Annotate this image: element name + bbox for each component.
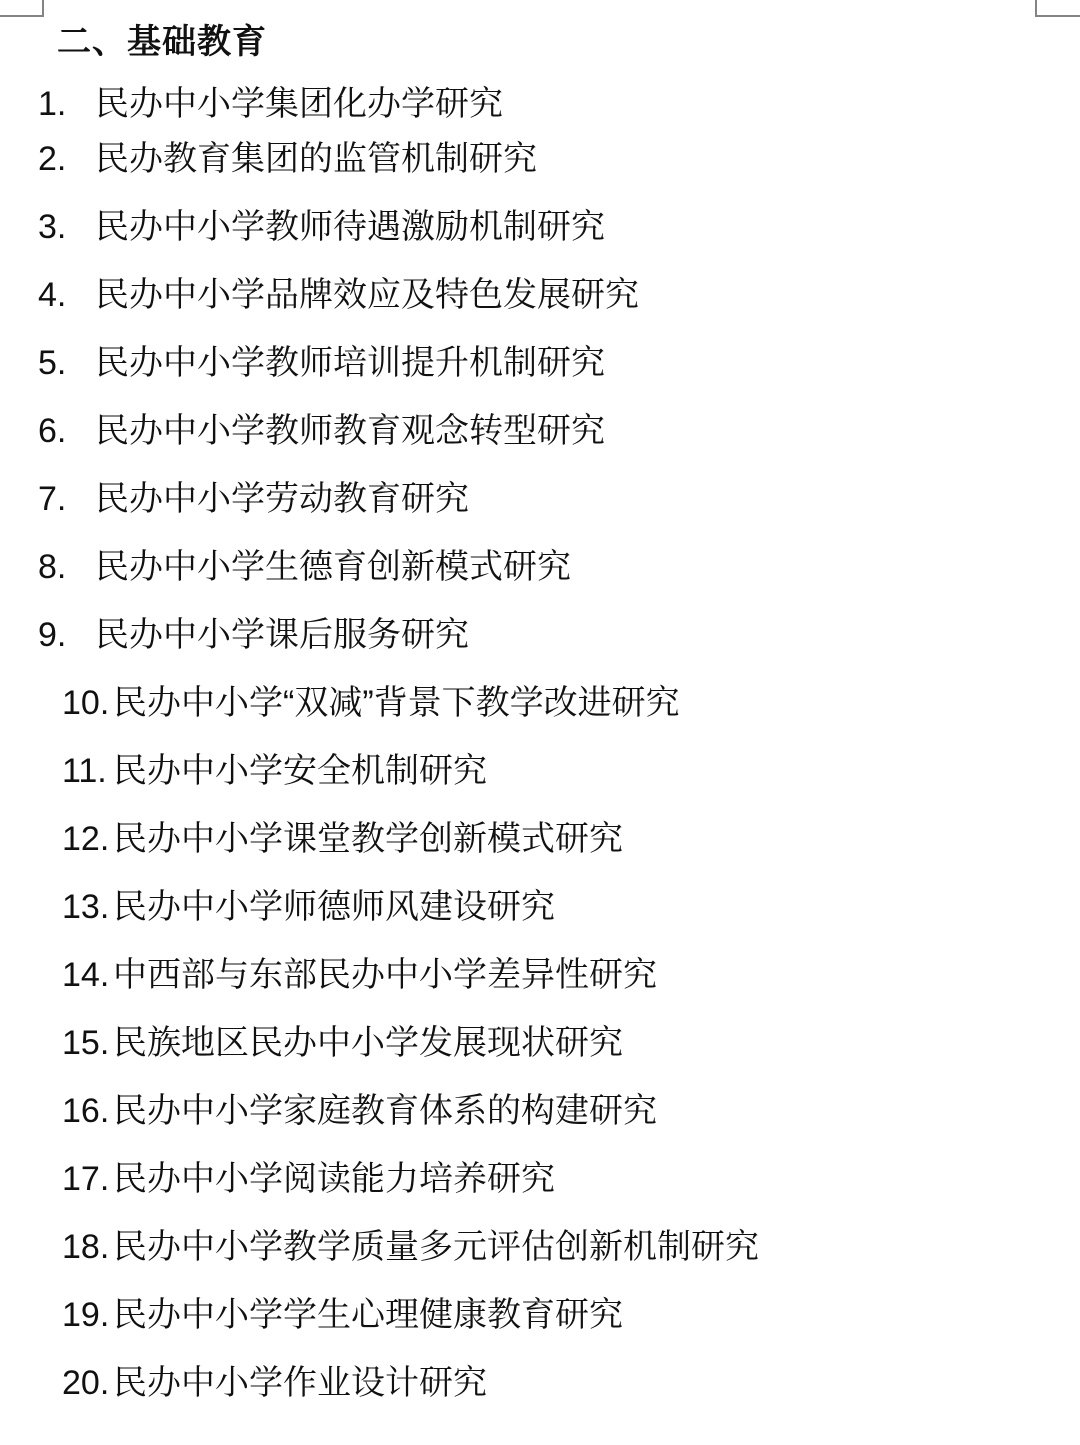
list-item-text: 民办中小学教师待遇激励机制研究 bbox=[95, 207, 605, 247]
list-item-number: 8. bbox=[38, 547, 95, 587]
list-item-text: 民办中小学课堂教学创新模式研究 bbox=[113, 819, 623, 859]
section-heading: 二、基础教育 bbox=[57, 22, 1080, 62]
list-item: 20. 民办中小学作业设计研究 bbox=[0, 1363, 1080, 1403]
list-item-text: 民族地区民办中小学发展现状研究 bbox=[113, 1023, 623, 1063]
list-item-number: 6. bbox=[38, 411, 95, 451]
list-item-number: 10. bbox=[62, 683, 113, 723]
list-item-number: 2. bbox=[38, 139, 95, 179]
list-item-text: 民办中小学课后服务研究 bbox=[95, 615, 469, 655]
list-item-number: 18. bbox=[62, 1227, 113, 1267]
list-item: 15. 民族地区民办中小学发展现状研究 bbox=[0, 1023, 1080, 1063]
list-item-text: 民办中小学集团化办学研究 bbox=[95, 84, 503, 124]
list-item-text: 民办中小学生德育创新模式研究 bbox=[95, 547, 571, 587]
list-item-number: 5. bbox=[38, 343, 95, 383]
list-item: 1. 民办中小学集团化办学研究 bbox=[0, 84, 1080, 124]
list-item: 19. 民办中小学学生心理健康教育研究 bbox=[0, 1295, 1080, 1335]
list-item-number: 17. bbox=[62, 1159, 113, 1199]
list-item-number: 3. bbox=[38, 207, 95, 247]
list-item: 8. 民办中小学生德育创新模式研究 bbox=[0, 547, 1080, 587]
page-corner-mark-top-left bbox=[0, 0, 44, 17]
list-item-number: 20. bbox=[62, 1363, 113, 1403]
list-item: 18. 民办中小学教学质量多元评估创新机制研究 bbox=[0, 1227, 1080, 1267]
list-item-number: 11. bbox=[62, 751, 113, 791]
list-item-number: 13. bbox=[62, 887, 113, 927]
list-item-text: 民办中小学“双减”背景下教学改进研究 bbox=[113, 683, 680, 723]
list-item-text: 民办中小学安全机制研究 bbox=[113, 751, 487, 791]
list-item-number: 15. bbox=[62, 1023, 113, 1063]
topic-list: 1. 民办中小学集团化办学研究 2. 民办教育集团的监管机制研究 3. 民办中小… bbox=[0, 84, 1080, 1403]
list-item-text: 民办中小学教学质量多元评估创新机制研究 bbox=[113, 1227, 759, 1267]
list-item: 2. 民办教育集团的监管机制研究 bbox=[0, 139, 1080, 179]
list-item-text: 民办中小学师德师风建设研究 bbox=[113, 887, 555, 927]
list-item: 14. 中西部与东部民办中小学差异性研究 bbox=[0, 955, 1080, 995]
page-corner-mark-top-right bbox=[1035, 0, 1080, 17]
list-item-text: 民办中小学劳动教育研究 bbox=[95, 479, 469, 519]
list-item-text: 民办中小学家庭教育体系的构建研究 bbox=[113, 1091, 657, 1131]
list-item: 5. 民办中小学教师培训提升机制研究 bbox=[0, 343, 1080, 383]
list-item-number: 16. bbox=[62, 1091, 113, 1131]
list-item-number: 7. bbox=[38, 479, 95, 519]
list-item-text: 民办教育集团的监管机制研究 bbox=[95, 139, 537, 179]
list-item-number: 9. bbox=[38, 615, 95, 655]
list-item-text: 民办中小学教师培训提升机制研究 bbox=[95, 343, 605, 383]
list-item: 6. 民办中小学教师教育观念转型研究 bbox=[0, 411, 1080, 451]
list-item-number: 1. bbox=[38, 84, 95, 124]
document-page: 二、基础教育 1. 民办中小学集团化办学研究 2. 民办教育集团的监管机制研究 … bbox=[0, 0, 1080, 1445]
list-item: 17. 民办中小学阅读能力培养研究 bbox=[0, 1159, 1080, 1199]
list-item: 16. 民办中小学家庭教育体系的构建研究 bbox=[0, 1091, 1080, 1131]
list-item-text: 中西部与东部民办中小学差异性研究 bbox=[113, 955, 657, 995]
list-item-number: 4. bbox=[38, 275, 95, 315]
list-item: 10. 民办中小学“双减”背景下教学改进研究 bbox=[0, 683, 1080, 723]
list-item: 9. 民办中小学课后服务研究 bbox=[0, 615, 1080, 655]
list-item-text: 民办中小学品牌效应及特色发展研究 bbox=[95, 275, 639, 315]
list-item-number: 14. bbox=[62, 955, 113, 995]
list-item: 11. 民办中小学安全机制研究 bbox=[0, 751, 1080, 791]
list-item-number: 12. bbox=[62, 819, 113, 859]
list-item: 7. 民办中小学劳动教育研究 bbox=[0, 479, 1080, 519]
list-item-text: 民办中小学学生心理健康教育研究 bbox=[113, 1295, 623, 1335]
list-item: 12. 民办中小学课堂教学创新模式研究 bbox=[0, 819, 1080, 859]
list-item-number: 19. bbox=[62, 1295, 113, 1335]
list-item: 13. 民办中小学师德师风建设研究 bbox=[0, 887, 1080, 927]
list-item-text: 民办中小学教师教育观念转型研究 bbox=[95, 411, 605, 451]
list-item-text: 民办中小学阅读能力培养研究 bbox=[113, 1159, 555, 1199]
list-item: 3. 民办中小学教师待遇激励机制研究 bbox=[0, 207, 1080, 247]
list-item: 4. 民办中小学品牌效应及特色发展研究 bbox=[0, 275, 1080, 315]
list-item-text: 民办中小学作业设计研究 bbox=[113, 1363, 487, 1403]
